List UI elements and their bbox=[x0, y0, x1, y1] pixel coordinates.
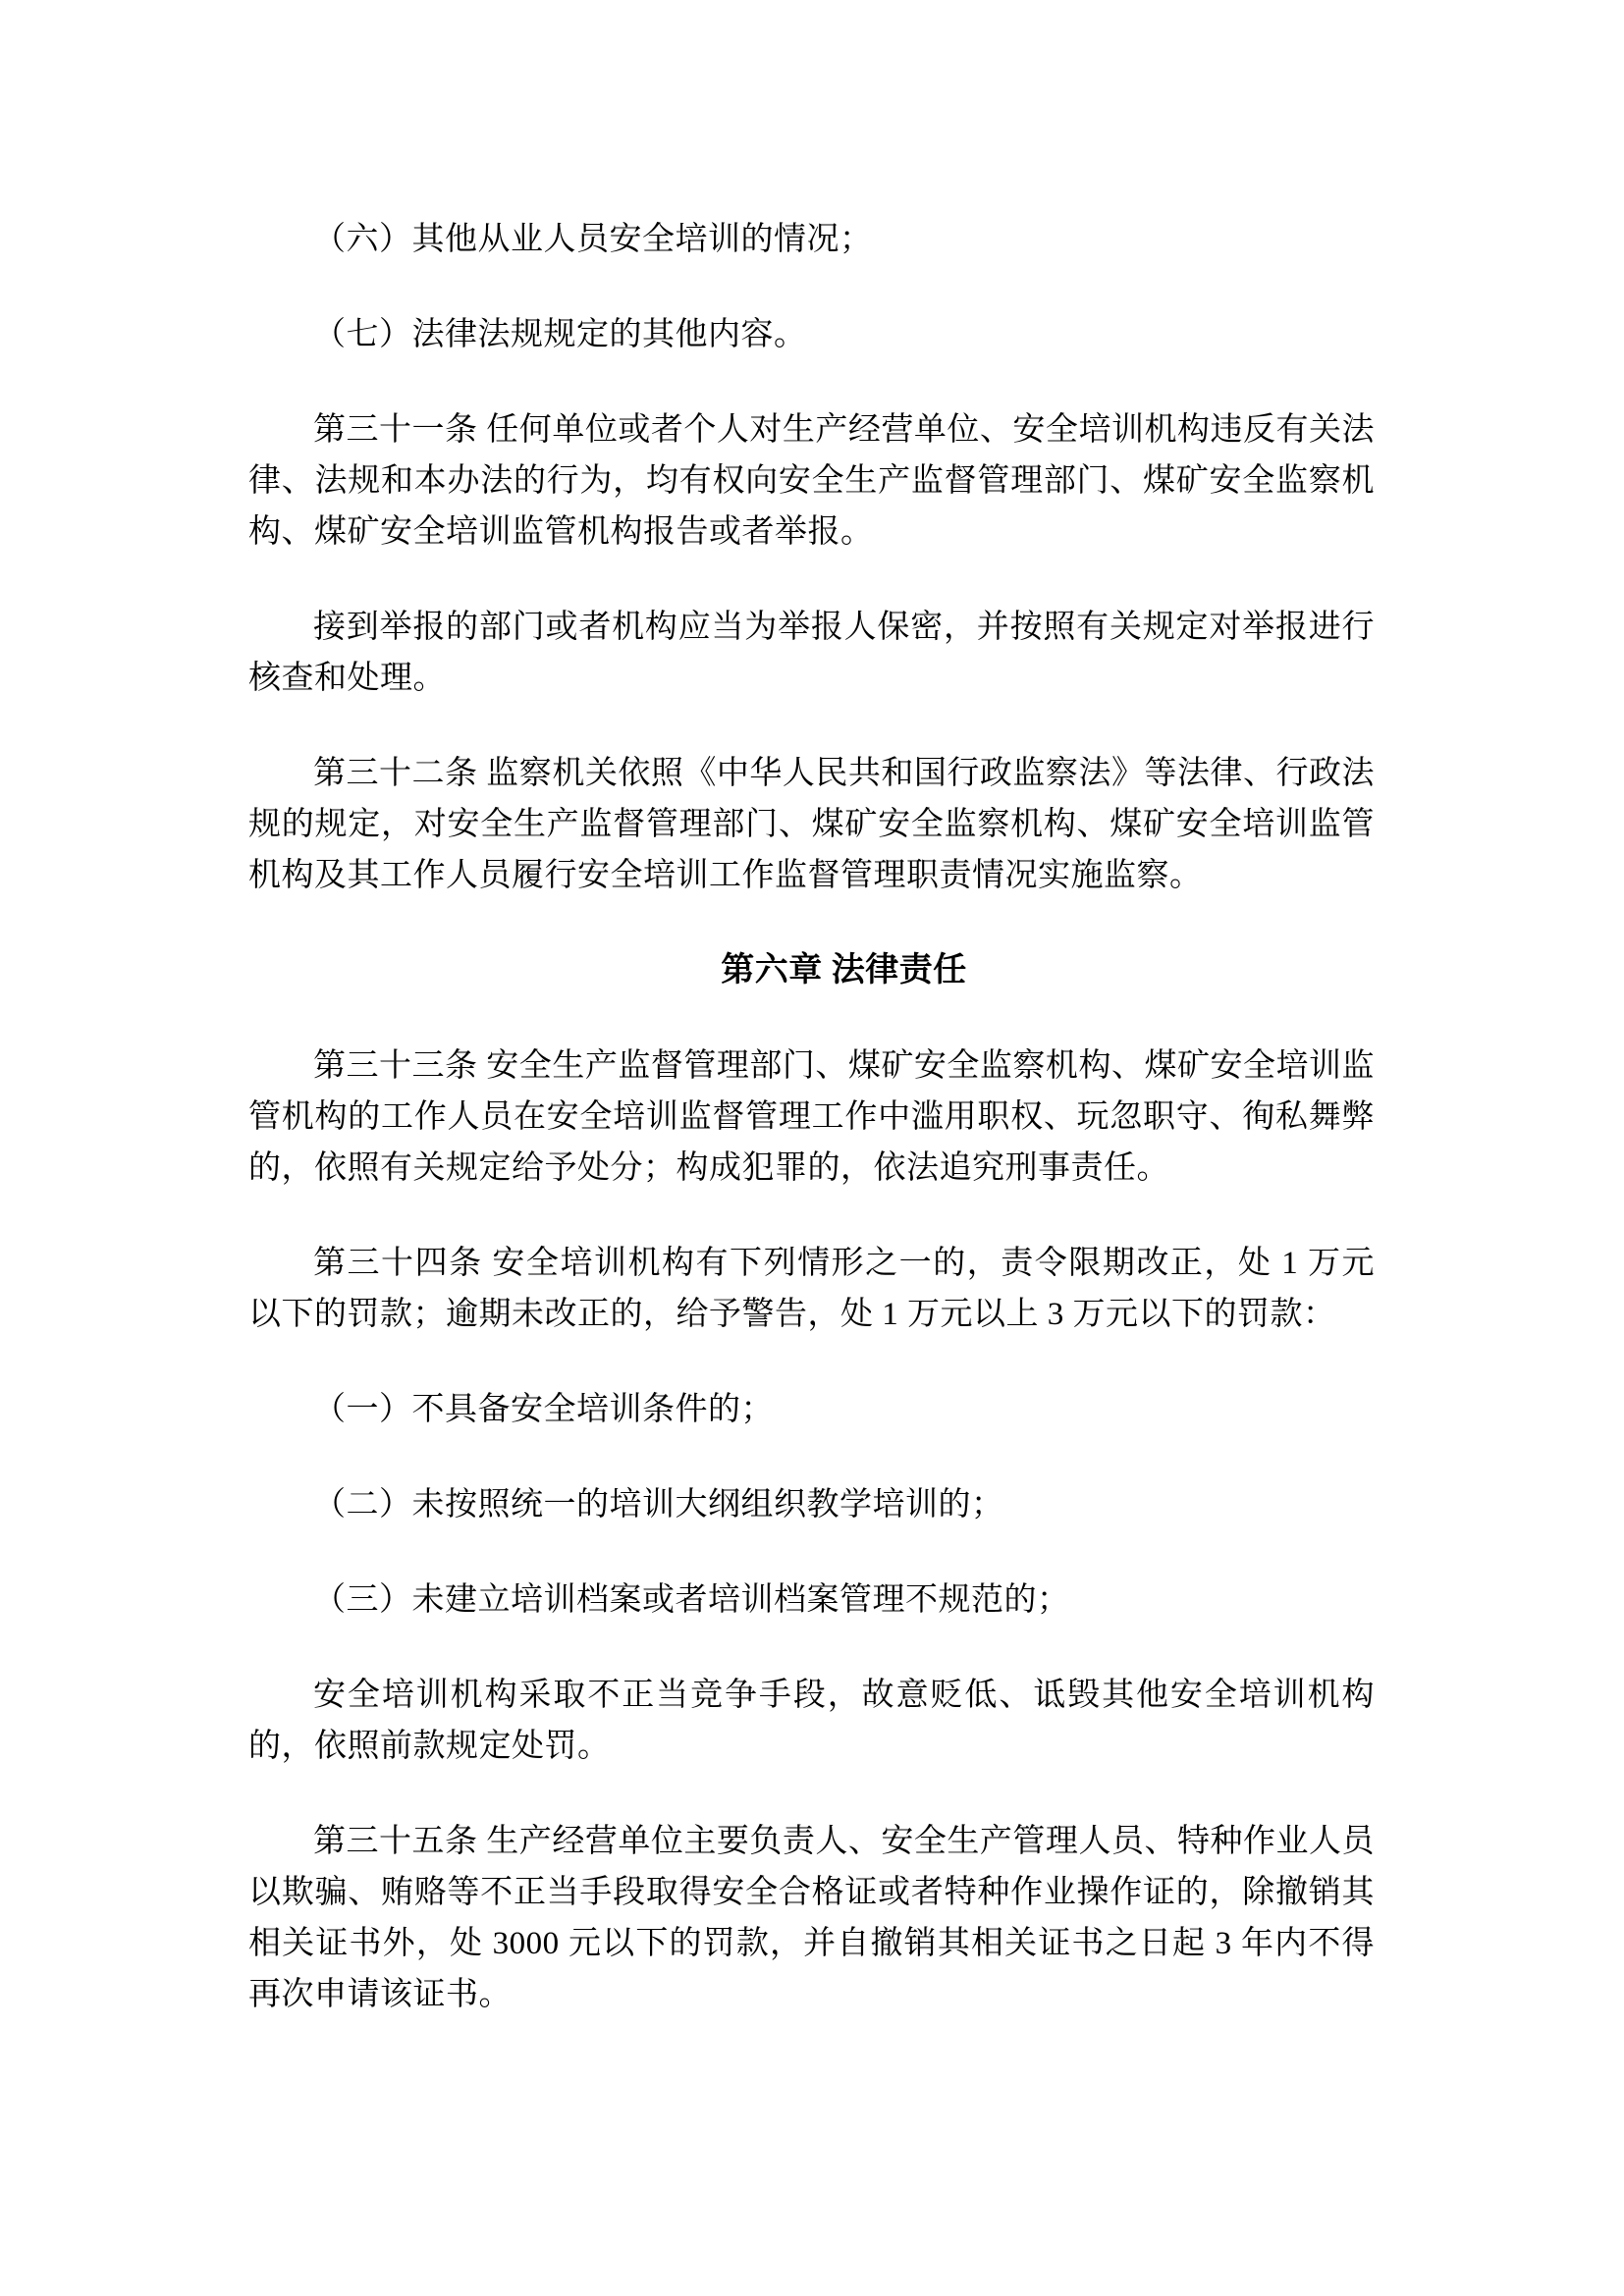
article-31-paragraph-2: 接到举报的部门或者机构应当为举报人保密，并按照有关规定对举报进行核查和处理。 bbox=[248, 602, 1375, 704]
article-33-paragraph: 第三十三条 安全生产监督管理部门、煤矿安全监察机构、煤矿安全培训监管机构的工作人… bbox=[248, 1041, 1375, 1194]
list-item-three: （三）未建立培训档案或者培训档案管理不规范的； bbox=[248, 1575, 1375, 1626]
document-page: （六）其他从业人员安全培训的情况； （七）法律法规规定的其他内容。 第三十一条 … bbox=[0, 0, 1624, 2296]
list-item-two: （二）未按照统一的培训大纲组织教学培训的； bbox=[248, 1479, 1375, 1530]
article-34-paragraph: 第三十四条 安全培训机构有下列情形之一的，责令限期改正，处 1 万元以下的罚款；… bbox=[248, 1238, 1375, 1340]
article-32-paragraph: 第三十二条 监察机关依照《中华人民共和国行政监察法》等法律、行政法规的规定，对安… bbox=[248, 748, 1375, 901]
article-34-paragraph-2: 安全培训机构采取不正当竞争手段，故意贬低、诋毁其他安全培训机构的，依照前款规定处… bbox=[248, 1670, 1375, 1772]
chapter-heading: 第六章 法律责任 bbox=[248, 945, 1375, 996]
list-item-one: （一）不具备安全培训条件的； bbox=[248, 1384, 1375, 1435]
list-item-seven: （七）法律法规规定的其他内容。 bbox=[248, 309, 1375, 360]
article-31-paragraph: 第三十一条 任何单位或者个人对生产经营单位、安全培训机构违反有关法律、法规和本办… bbox=[248, 404, 1375, 558]
list-item-six: （六）其他从业人员安全培训的情况； bbox=[248, 214, 1375, 265]
document-body: （六）其他从业人员安全培训的情况； （七）法律法规规定的其他内容。 第三十一条 … bbox=[248, 0, 1375, 2020]
article-35-paragraph: 第三十五条 生产经营单位主要负责人、安全生产管理人员、特种作业人员以欺骗、贿赂等… bbox=[248, 1816, 1375, 2020]
